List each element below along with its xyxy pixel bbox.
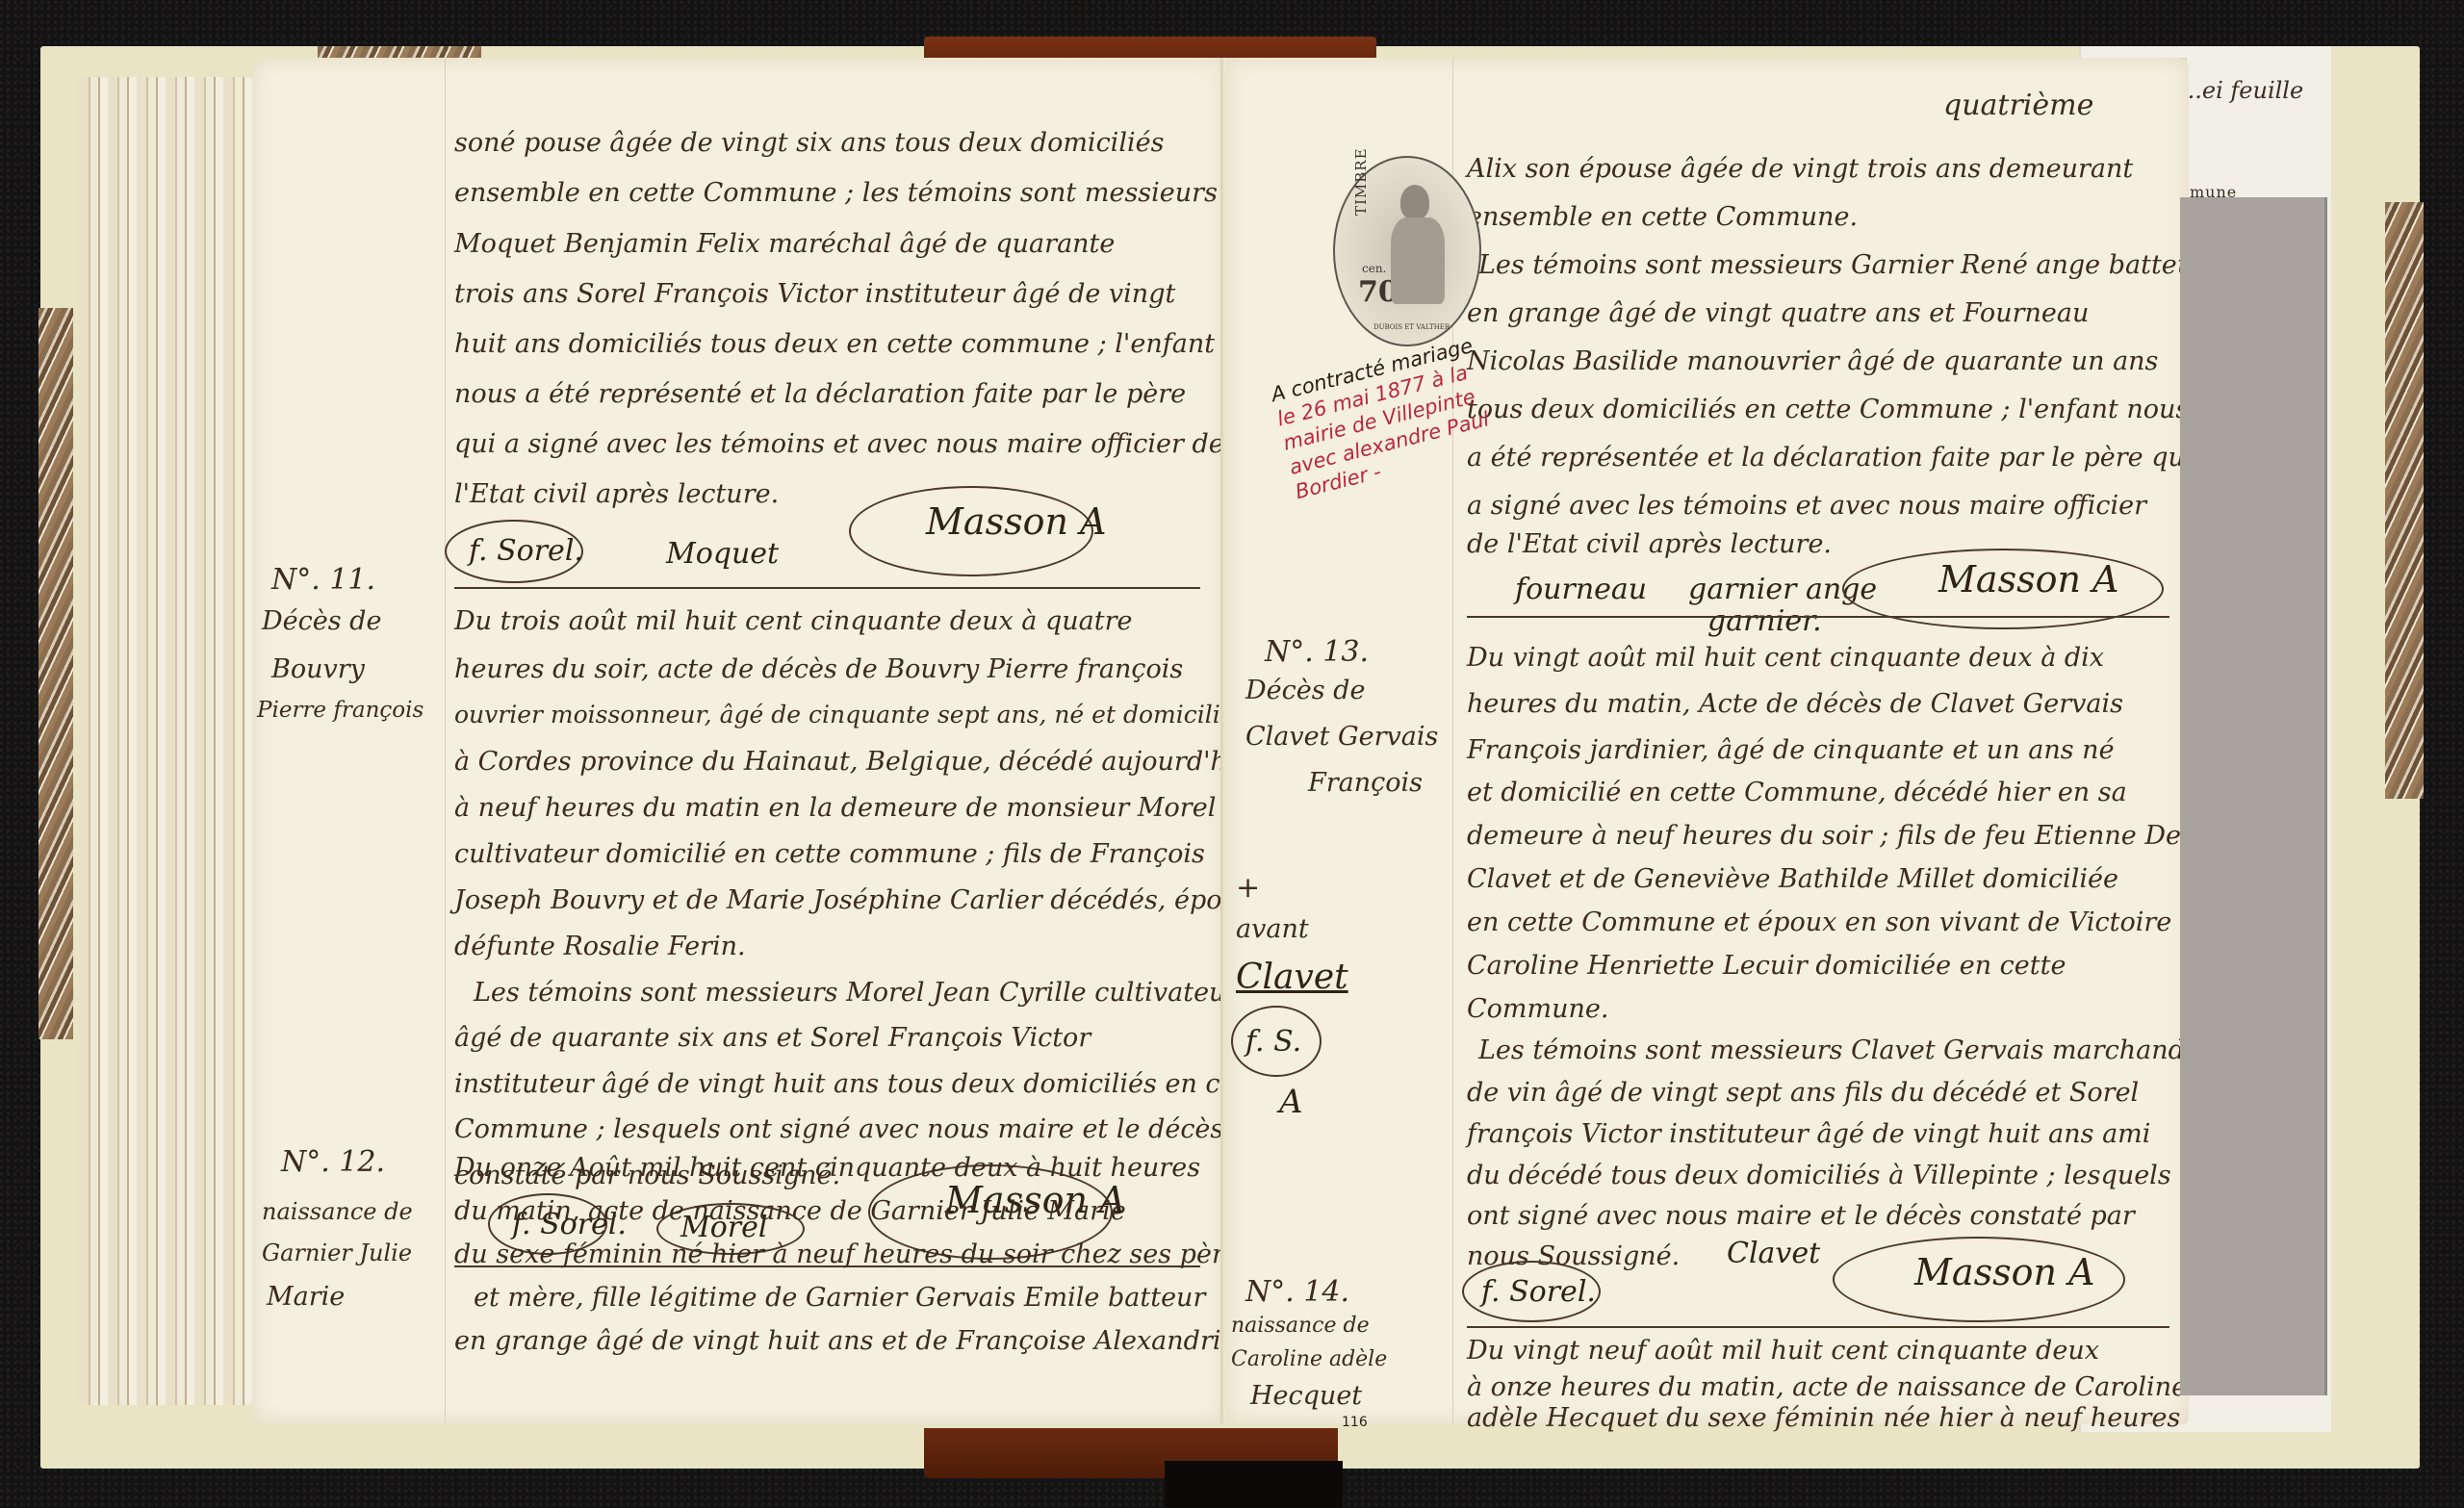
margin-note: Marie bbox=[267, 1282, 345, 1312]
entry-separator bbox=[1467, 616, 2169, 618]
text-line: ont signé avec nous maire et le décès co… bbox=[1467, 1203, 2135, 1229]
text-line: ensemble en cette Commune. bbox=[1467, 204, 1858, 230]
margin-note: naissance de bbox=[1231, 1314, 1370, 1338]
margin-note: Décès de bbox=[1245, 676, 1365, 705]
margin-mark: + bbox=[1236, 871, 1260, 905]
signature: f. Sorel. bbox=[469, 534, 583, 568]
signature-mayor: Masson A bbox=[1914, 1251, 2094, 1293]
signature: fourneau bbox=[1515, 573, 1647, 606]
page-header-word: quatrième bbox=[1943, 91, 2093, 120]
text-line: heures du matin, Acte de décès de Clavet… bbox=[1467, 691, 2123, 717]
text-line: Du vingt neuf août mil huit cent cinquan… bbox=[1467, 1338, 2099, 1364]
text-line: Les témoins sont messieurs Clavet Gervai… bbox=[1478, 1037, 2185, 1063]
inserted-sheet-text: ...ei feuille bbox=[2180, 77, 2303, 104]
text-line: et domicilié en cette Commune, décédé hi… bbox=[1467, 780, 2127, 805]
text-line: nous a été représenté et la déclaration … bbox=[454, 381, 1186, 407]
text-line: âgé de quarante six ans et Sorel Françoi… bbox=[454, 1025, 1091, 1051]
text-line: François jardinier, âgé de cinquante et … bbox=[1467, 737, 2115, 763]
marbled-cover-left bbox=[38, 308, 73, 1039]
stamp-footer: DUBOIS ET VALTHER bbox=[1373, 323, 1450, 331]
text-line: a signé avec les témoins et avec nous ma… bbox=[1467, 493, 2146, 519]
text-line: du matin, acte de naissance de Garnier J… bbox=[454, 1198, 1126, 1224]
margin-note: avant bbox=[1236, 914, 1309, 944]
margin-note: naissance de bbox=[262, 1198, 413, 1225]
text-line: à onze heures du matin, acte de naissanc… bbox=[1467, 1374, 2187, 1400]
page-edges-left bbox=[79, 77, 252, 1405]
margin-note: Clavet Gervais bbox=[1245, 722, 1438, 752]
left-page: soné pouse âgée de vingt six ans tous de… bbox=[252, 58, 1224, 1424]
text-line: Commune. bbox=[1467, 996, 1608, 1022]
entry-number: N°. 11. bbox=[271, 563, 375, 597]
margin-signature: f. S. bbox=[1245, 1025, 1301, 1059]
text-line: instituteur âgé de vingt huit ans tous d… bbox=[454, 1071, 1271, 1097]
signature-mayor: Masson A bbox=[1938, 558, 2118, 601]
text-line: en grange âgé de vingt quatre ans et Fou… bbox=[1467, 300, 2089, 326]
signature: garnier. bbox=[1707, 604, 1822, 638]
text-line: défunte Rosalie Ferin. bbox=[454, 933, 746, 959]
text-line: Nicolas Basilide manouvrier âgé de quara… bbox=[1467, 348, 2158, 374]
text-line: demeure à neuf heures du soir ; fils de … bbox=[1467, 823, 2220, 849]
text-line: Du vingt août mil huit cent cinquante de… bbox=[1467, 645, 2104, 671]
margin-note: Hecquet bbox=[1250, 1381, 1362, 1411]
text-line: Commune ; lesquels ont signé avec nous m… bbox=[454, 1116, 1223, 1142]
text-line: en grange âgé de vingt huit ans et de Fr… bbox=[454, 1328, 1253, 1354]
text-line: Caroline Henriette Lecuir domiciliée en … bbox=[1467, 953, 2066, 979]
spine-shadow bbox=[1165, 1461, 1343, 1508]
stamp-label: TIMBRE bbox=[1352, 147, 1370, 216]
text-line: Les témoins sont messieurs Morel Jean Cy… bbox=[474, 980, 1238, 1006]
tax-stamp: TIMBRE cen. 70. DUBOIS ET VALTHER bbox=[1333, 156, 1481, 346]
seated-figure-body-icon bbox=[1391, 217, 1445, 304]
marbled-cover-right bbox=[2385, 202, 2424, 799]
text-line: cultivateur domicilié en cette commune ;… bbox=[454, 841, 1205, 867]
margin-note: Pierre françois bbox=[257, 698, 423, 723]
text-line: du sexe féminin né hier à neuf heures du… bbox=[454, 1241, 1240, 1267]
text-line: huit ans domiciliés tous deux en cette c… bbox=[454, 331, 1215, 357]
text-line: du décédé tous deux domiciliés à Villepi… bbox=[1467, 1163, 2171, 1189]
text-line: à neuf heures du matin en la demeure de … bbox=[454, 795, 1216, 821]
stamp-unit: cen. bbox=[1362, 262, 1386, 275]
margin-note: François bbox=[1308, 768, 1423, 798]
text-line: françois Victor instituteur âgé de vingt… bbox=[1467, 1121, 2150, 1147]
entry-number: N°. 12. bbox=[281, 1145, 385, 1179]
text-line: Alix son épouse âgée de vingt trois ans … bbox=[1467, 156, 2133, 182]
grey-interleaf-sheet bbox=[2180, 197, 2327, 1395]
text-line: trois ans Sorel François Victor institut… bbox=[454, 281, 1175, 307]
text-line: adèle Hecquet du sexe féminin née hier à… bbox=[1467, 1405, 2180, 1431]
signature: Moquet bbox=[666, 537, 779, 571]
text-line: en cette Commune et époux en son vivant … bbox=[1467, 909, 2171, 935]
text-line: tous deux domiciliés en cette Commune ; … bbox=[1467, 396, 2189, 422]
text-line: de l'Etat civil après lecture. bbox=[1467, 531, 1832, 557]
text-line: soné pouse âgée de vingt six ans tous de… bbox=[454, 130, 1164, 156]
text-line: Les témoins sont messieurs Garnier René … bbox=[1478, 252, 2206, 278]
entry-separator bbox=[454, 587, 1200, 589]
margin-note: Caroline adèle bbox=[1231, 1347, 1387, 1371]
margin-note: Garnier Julie bbox=[262, 1240, 412, 1266]
text-line: ensemble en cette Commune ; les témoins … bbox=[454, 180, 1218, 206]
signature: f. Sorel. bbox=[1481, 1275, 1596, 1309]
text-line: et mère, fille légitime de Garnier Gerva… bbox=[474, 1285, 1205, 1311]
text-line: heures du soir, acte de décès de Bouvry … bbox=[454, 656, 1183, 682]
signature-mayor: Masson A bbox=[926, 500, 1106, 543]
text-line: Joseph Bouvry et de Marie Joséphine Carl… bbox=[454, 887, 1294, 913]
margin-rule bbox=[445, 58, 446, 1424]
seated-figure-icon bbox=[1400, 185, 1429, 219]
text-line: qui a signé avec les témoins et avec nou… bbox=[454, 431, 1224, 457]
margin-note: Décès de bbox=[262, 606, 381, 636]
text-line: Clavet et de Geneviève Bathilde Millet d… bbox=[1467, 866, 2118, 892]
text-line: Du onze Août mil huit cent cinquante deu… bbox=[454, 1155, 1200, 1181]
page-number: 116 bbox=[1342, 1415, 1368, 1430]
text-line: de vin âgé de vingt sept ans fils du déc… bbox=[1467, 1080, 2139, 1106]
text-line: a été représentée et la déclaration fait… bbox=[1467, 445, 2194, 471]
margin-signature: A bbox=[1279, 1083, 1303, 1121]
margin-signature: Clavet bbox=[1236, 958, 1348, 997]
text-line: Moquet Benjamin Felix maréchal âgé de qu… bbox=[454, 231, 1115, 257]
entry-number: N°. 14. bbox=[1245, 1275, 1349, 1309]
signature: Clavet bbox=[1727, 1237, 1820, 1270]
text-line: l'Etat civil après lecture. bbox=[454, 481, 779, 507]
text-line: Du trois août mil huit cent cinquante de… bbox=[454, 608, 1132, 634]
entry-separator bbox=[1467, 1326, 2169, 1328]
entry-number: N°. 13. bbox=[1265, 635, 1369, 669]
text-line: ouvrier moissonneur, âgé de cinquante se… bbox=[454, 703, 1235, 727]
text-line: à Cordes province du Hainaut, Belgique, … bbox=[454, 749, 1252, 775]
margin-note: Bouvry bbox=[271, 654, 365, 684]
